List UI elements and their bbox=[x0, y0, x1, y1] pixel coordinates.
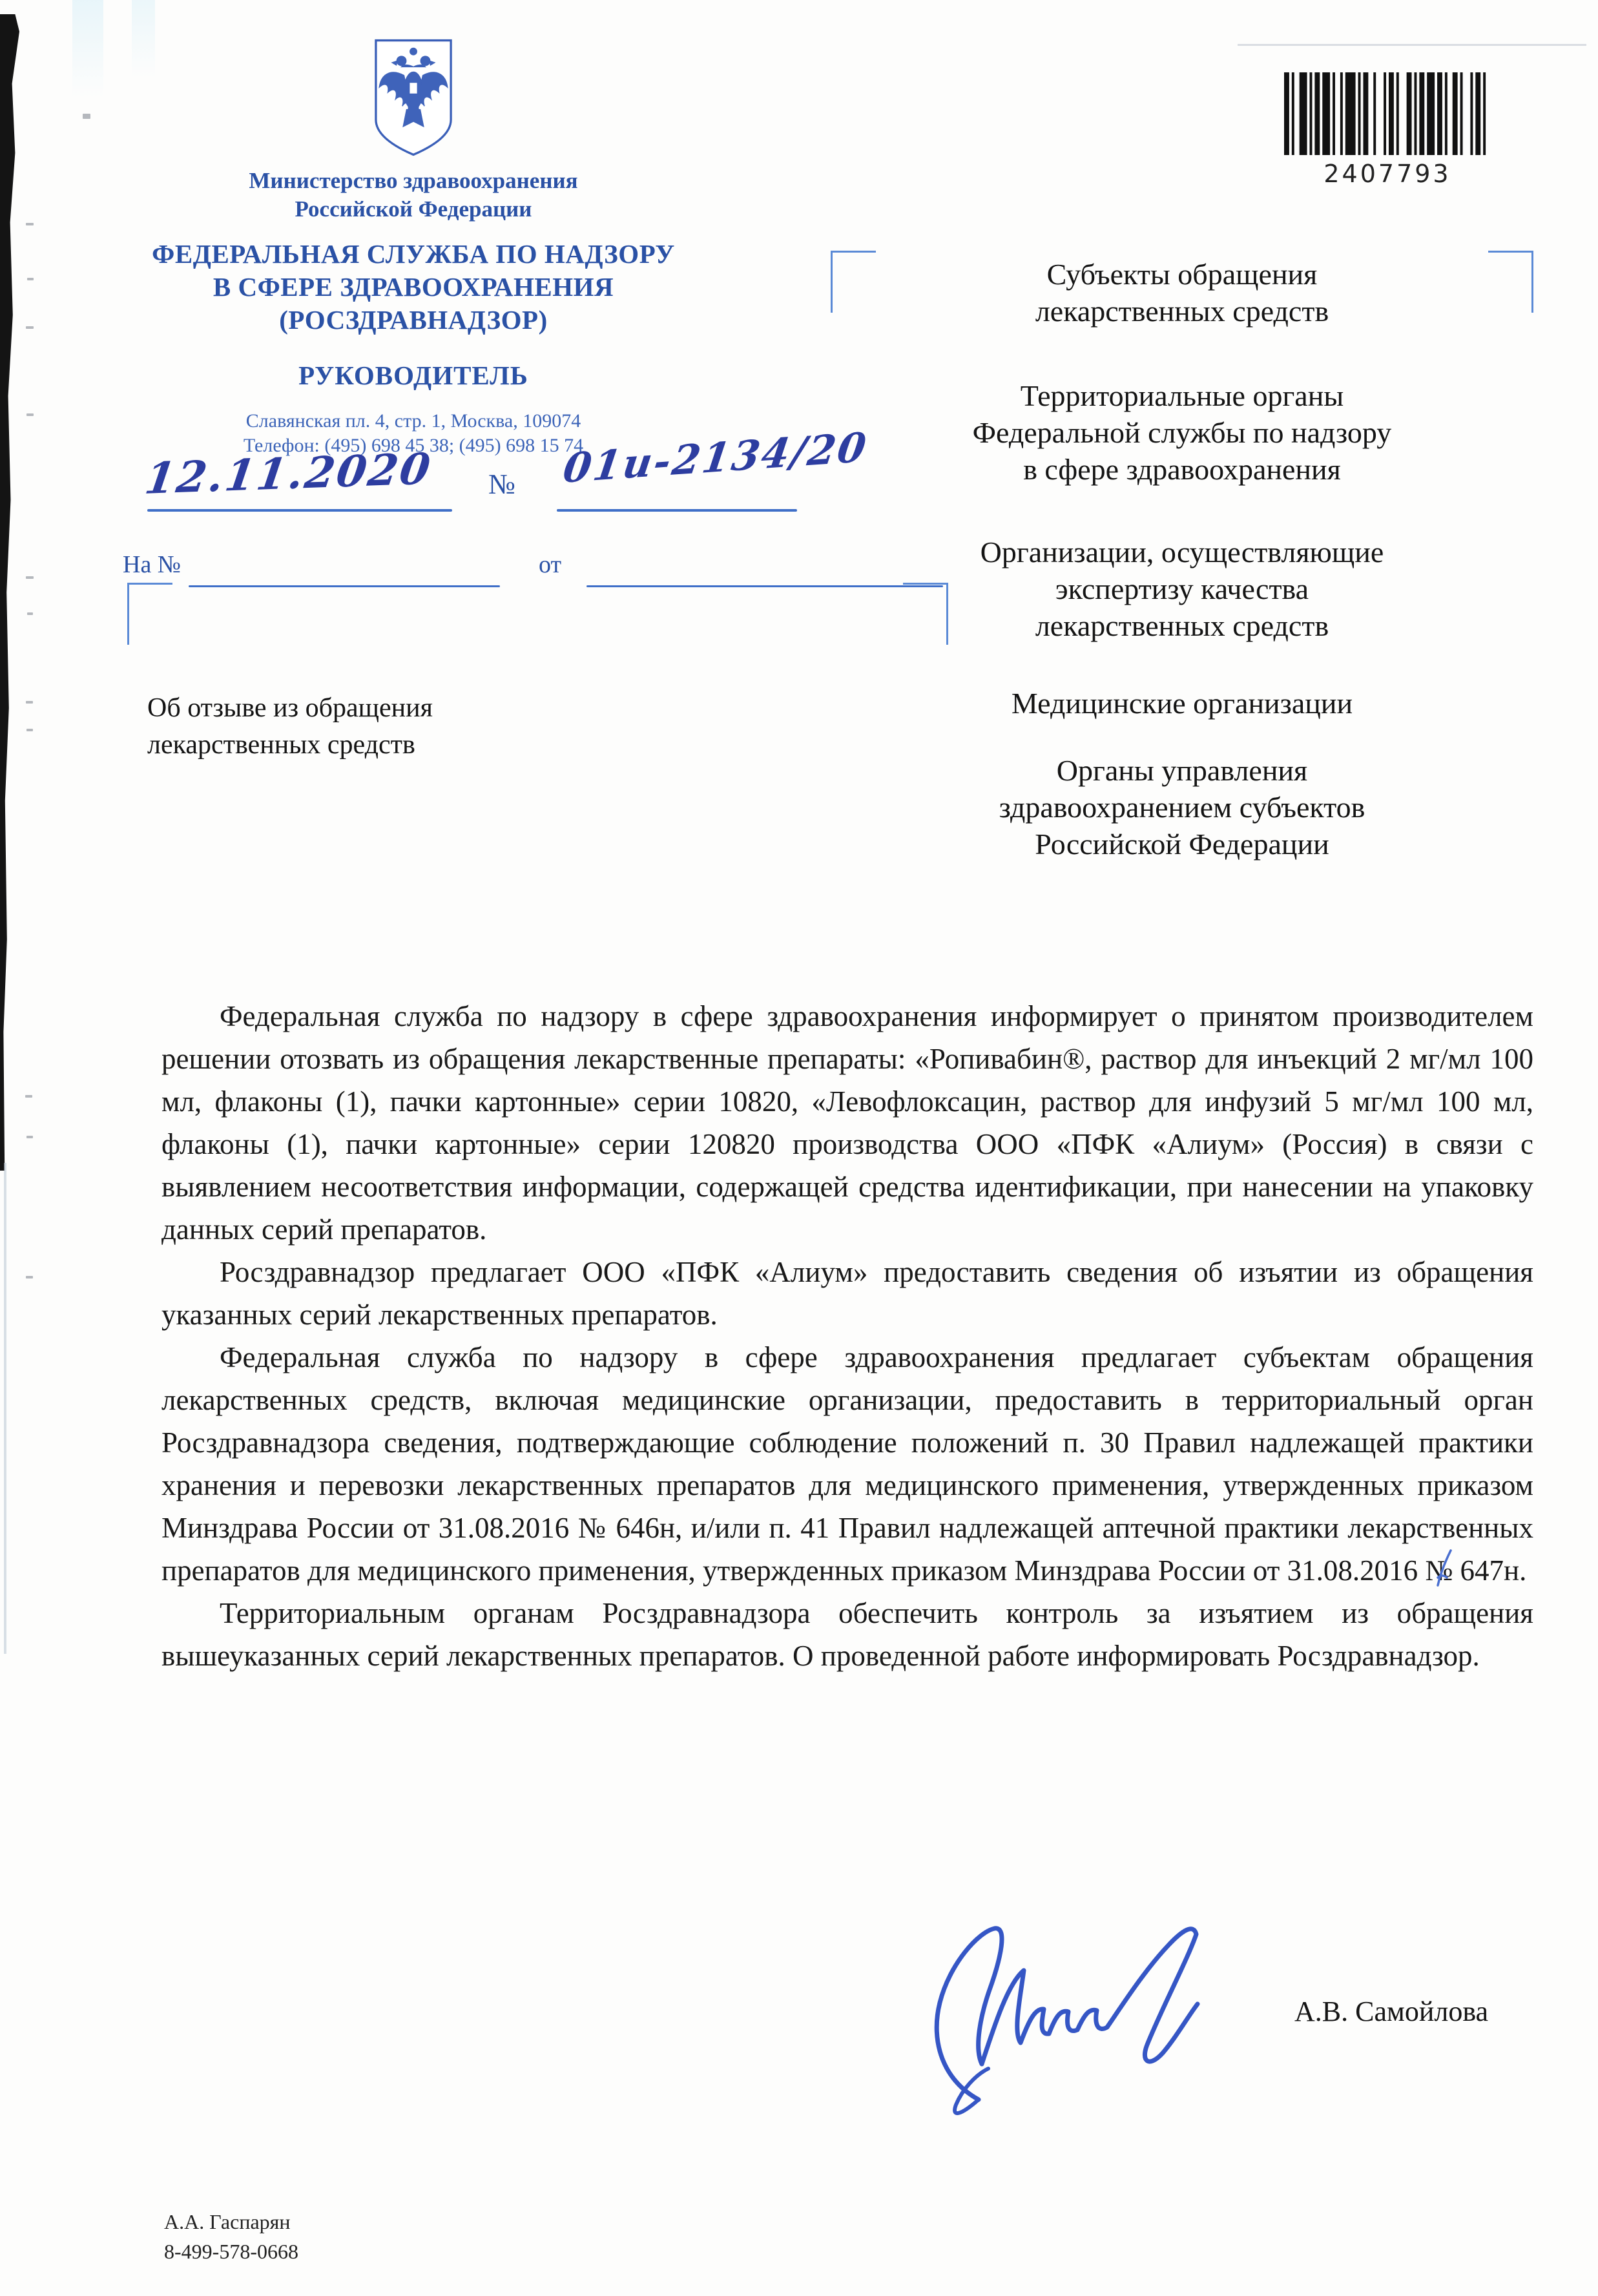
body-paragraph: Территориальным органам Росздравнадзора … bbox=[161, 1592, 1533, 1677]
letter-subject: Об отзыве из обращения лекарственных сре… bbox=[147, 690, 599, 764]
service-name-line2: В СФЕРЕ ЗДРАВООХРАНЕНИЯ bbox=[71, 271, 756, 304]
scan-line bbox=[1238, 44, 1586, 46]
corner-bracket bbox=[127, 583, 172, 645]
number-sign-label: № bbox=[488, 468, 515, 501]
barcode-bars-icon bbox=[1284, 72, 1491, 155]
scanned-letter-page: Министерство здравоохранения Российской … bbox=[0, 0, 1598, 2296]
letter-body: Федеральная служба по надзору в сфере зд… bbox=[161, 995, 1533, 1677]
ink-mark bbox=[1431, 1549, 1455, 1588]
scan-noise bbox=[26, 223, 34, 225]
ministry-name-line2: Российской Федерации bbox=[71, 195, 756, 224]
scan-noise bbox=[26, 576, 34, 579]
ministry-name-line1: Министерство здравоохранения bbox=[71, 167, 756, 195]
recipient-block: Медицинские организации bbox=[827, 685, 1537, 722]
scan-noise bbox=[26, 413, 34, 416]
reply-from-label: от bbox=[539, 550, 561, 579]
body-paragraph: Федеральная служба по надзору в сфере зд… bbox=[161, 1336, 1533, 1592]
executor-phone: 8-499-578-0668 bbox=[164, 2237, 298, 2266]
position-title: РУКОВОДИТЕЛЬ bbox=[71, 360, 756, 391]
handwritten-signature bbox=[917, 1906, 1253, 2132]
reply-number-underline bbox=[189, 585, 500, 587]
recipient-block: Субъекты обращения лекарственных средств bbox=[827, 256, 1537, 329]
body-paragraph: Росздравнадзор предлагает ООО «ПФК «Алиу… bbox=[161, 1251, 1533, 1336]
signer-name: А.В. Самойлова bbox=[1294, 1995, 1488, 2028]
scan-noise bbox=[27, 612, 33, 615]
service-name-line1: ФЕДЕРАЛЬНАЯ СЛУЖБА ПО НАДЗОРУ bbox=[71, 238, 756, 271]
coat-of-arms-icon bbox=[371, 37, 456, 158]
scan-noise bbox=[26, 701, 33, 704]
handwritten-date: 12.11.2020 bbox=[142, 443, 435, 504]
scan-noise bbox=[25, 1095, 32, 1098]
number-underline bbox=[557, 509, 797, 512]
recipient-block: Органы управления здравоохранением субъе… bbox=[827, 752, 1537, 862]
date-underline bbox=[147, 509, 452, 512]
scan-noise bbox=[26, 326, 34, 329]
barcode: 2407793 bbox=[1284, 72, 1491, 188]
reply-number-label: На № bbox=[123, 550, 181, 579]
scan-edge-artifact bbox=[4, 1163, 6, 1654]
barcode-number: 2407793 bbox=[1284, 160, 1491, 188]
scan-noise bbox=[26, 729, 33, 731]
scan-noise bbox=[27, 278, 34, 280]
scan-noise bbox=[26, 1276, 33, 1278]
service-name-line3: (РОСЗДРАВНАДЗОР) bbox=[71, 304, 756, 337]
recipient-block: Территориальные органы Федеральной служб… bbox=[827, 377, 1537, 488]
letterhead: Министерство здравоохранения Российской … bbox=[71, 37, 756, 458]
executor-block: А.А. Гаспарян 8-499-578-0668 bbox=[164, 2207, 298, 2266]
executor-name: А.А. Гаспарян bbox=[164, 2207, 298, 2237]
scan-noise bbox=[26, 1136, 33, 1138]
address-line: Славянская пл. 4, стр. 1, Москва, 109074 bbox=[71, 409, 756, 433]
scan-edge-artifact bbox=[0, 14, 19, 1171]
recipient-block: Организации, осуществляющие экспертизу к… bbox=[827, 534, 1537, 644]
body-paragraph: Федеральная служба по надзору в сфере зд… bbox=[161, 995, 1533, 1251]
